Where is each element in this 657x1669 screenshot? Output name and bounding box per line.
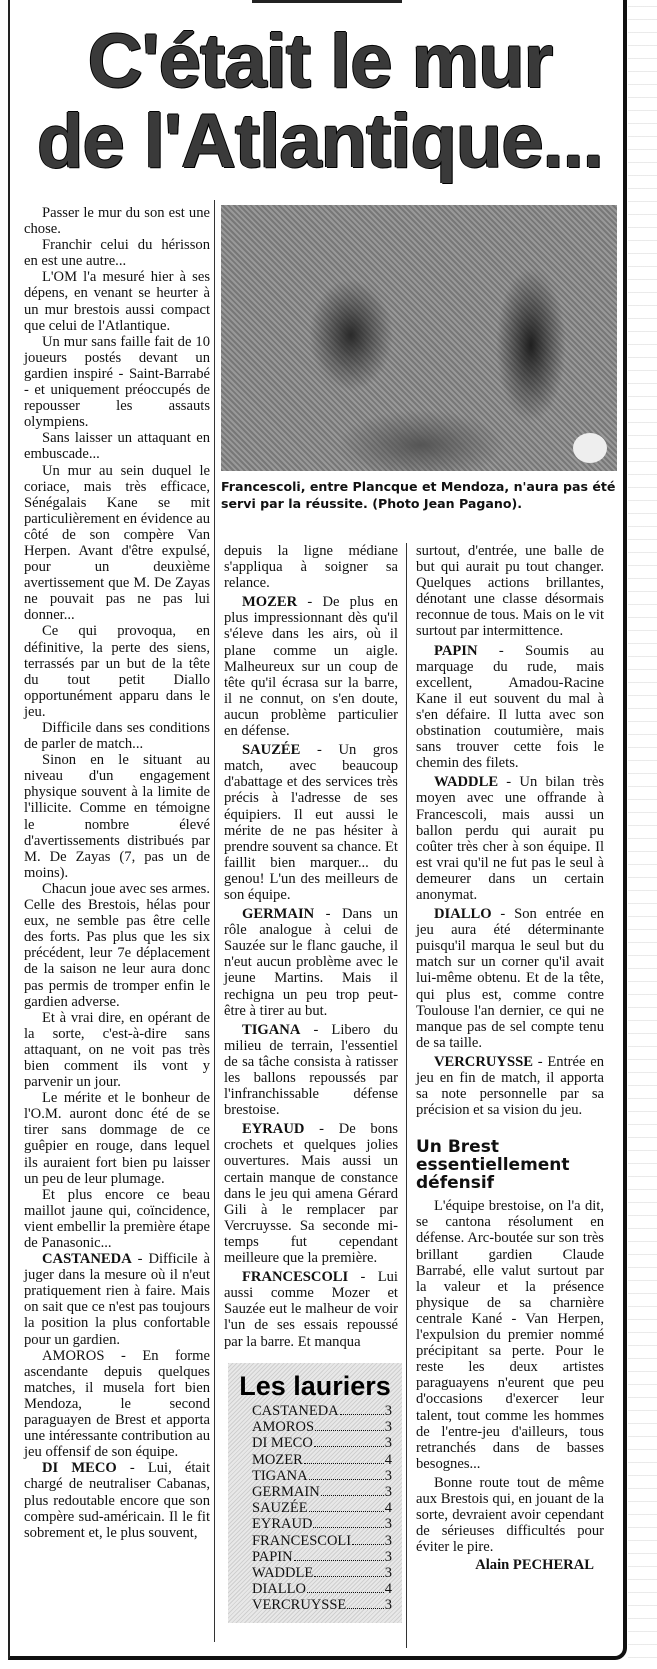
player-comment: - Un gros match, avec beaucoup d'abattag… bbox=[224, 742, 398, 903]
player-comment: - De plus en plus impressionnant dès qu'… bbox=[224, 594, 398, 739]
paragraph: Sinon en le situant au niveau d'un engag… bbox=[24, 752, 210, 881]
leader-dots bbox=[347, 1608, 383, 1609]
player-rating-paragraph: VERCRUYSSE - Entrée en jeu en fin de mat… bbox=[416, 1054, 604, 1118]
paragraph: Et plus encore ce beau maillot jaune qui… bbox=[24, 1187, 210, 1251]
paragraph: Et à vrai dire, en opérant de la sorte, … bbox=[24, 1010, 210, 1090]
player-name: AMOROS bbox=[42, 1348, 104, 1364]
player-name: WADDLE bbox=[252, 1565, 313, 1581]
player-rating-paragraph: PAPIN - Soumis au marquage du rude, mais… bbox=[416, 643, 604, 772]
rating-row: MOZER4 bbox=[252, 1452, 392, 1468]
player-name: TIGANA bbox=[252, 1468, 308, 1484]
player-name: GERMAIN bbox=[242, 906, 314, 922]
leader-dots bbox=[315, 1430, 384, 1431]
player-name: TIGANA bbox=[242, 1022, 300, 1038]
laurels-ratings-box: Les lauriers CASTANEDA3 AMOROS3 DI MECO3… bbox=[228, 1363, 402, 1623]
leader-dots bbox=[309, 1479, 384, 1480]
laurels-title: Les lauriers bbox=[228, 1371, 402, 1401]
player-name: DI MECO bbox=[252, 1435, 313, 1451]
player-name: MOZER bbox=[252, 1452, 303, 1468]
paragraph-continuation: surtout, d'entrée, une balle de but qui … bbox=[416, 543, 604, 640]
player-rating-paragraph: GERMAIN - Dans un rôle analogue à celui … bbox=[224, 906, 398, 1019]
player-score: 4 bbox=[385, 1452, 392, 1468]
player-name: PAPIN bbox=[434, 643, 478, 659]
player-name: MOZER bbox=[242, 594, 297, 610]
rating-row: SAUZÉE4 bbox=[252, 1500, 392, 1516]
paragraph: Chacun joue avec ses armes. Celle des Br… bbox=[24, 881, 210, 1010]
column-3: surtout, d'entrée, une balle de but qui … bbox=[416, 543, 604, 1573]
player-name: VERCRUYSSE bbox=[434, 1054, 533, 1070]
player-score: 3 bbox=[385, 1435, 392, 1451]
adjacent-page-edge bbox=[628, 0, 657, 1669]
player-rating-paragraph: MOZER - De plus en plus impressionnant d… bbox=[224, 594, 398, 739]
football-icon bbox=[573, 433, 607, 463]
paragraph: Bonne route tout de même aux Brestois qu… bbox=[416, 1475, 604, 1555]
leader-dots bbox=[314, 1446, 384, 1447]
column-divider bbox=[214, 200, 215, 1642]
headline-line-2: de l'Atlantique... bbox=[20, 102, 620, 182]
paragraph: Difficile dans ses conditions de parler … bbox=[24, 720, 210, 752]
column-1: Passer le mur du son est une chose. Fran… bbox=[24, 205, 210, 1640]
player-rating-paragraph: CASTANEDA - Difficile à juger dans la me… bbox=[24, 1251, 210, 1348]
player-rating-paragraph: DI MECO - Lui, était chargé de neutralis… bbox=[24, 1460, 210, 1540]
player-name: DIALLO bbox=[252, 1581, 306, 1597]
leader-dots bbox=[313, 1527, 383, 1528]
player-score: 3 bbox=[385, 1484, 392, 1500]
paragraph: Ce qui provoqua, en définitive, la perte… bbox=[24, 623, 210, 720]
player-name: SAUZÉE bbox=[252, 1500, 308, 1516]
paragraph: Le mérite et le bonheur de l'O.M. auront… bbox=[24, 1090, 210, 1187]
rating-row: GERMAIN3 bbox=[252, 1484, 392, 1500]
leader-dots bbox=[352, 1544, 384, 1545]
player-name: DI MECO bbox=[42, 1460, 117, 1476]
rating-row: VERCRUYSSE3 bbox=[252, 1597, 392, 1613]
player-name: EYRAUD bbox=[242, 1121, 304, 1137]
leader-dots bbox=[314, 1576, 384, 1577]
section-subheading: Un Brest essentiellement défensif bbox=[416, 1138, 604, 1192]
player-rating-paragraph: SAUZÉE - Un gros match, avec beaucoup d'… bbox=[224, 742, 398, 903]
author-byline: Alain PECHERAL bbox=[416, 1557, 604, 1573]
headline: C'était le mur de l'Atlantique... bbox=[20, 22, 620, 182]
player-score: 3 bbox=[385, 1419, 392, 1435]
player-name: PAPIN bbox=[252, 1549, 293, 1565]
player-name: CASTANEDA bbox=[42, 1251, 132, 1267]
photo-caption: Francescoli, entre Plancque et Mendoza, … bbox=[221, 478, 621, 512]
player-rating-paragraph: DIALLO - Son entrée en jeu aura été déte… bbox=[416, 906, 604, 1051]
player-score: 3 bbox=[385, 1516, 392, 1532]
player-rating-paragraph: TIGANA - Libero du milieu de terrain, l'… bbox=[224, 1022, 398, 1119]
rating-row: DIALLO4 bbox=[252, 1581, 392, 1597]
headline-line-1: C'était le mur bbox=[20, 22, 620, 102]
player-name: CASTANEDA bbox=[252, 1403, 339, 1419]
rating-row: DI MECO3 bbox=[252, 1435, 392, 1451]
player-rating-paragraph: FRANCESCOLI - Lui aussi comme Mozer et S… bbox=[224, 1269, 398, 1349]
paragraph: Passer le mur du son est une chose. bbox=[24, 205, 210, 237]
player-score: 3 bbox=[385, 1533, 392, 1549]
player-score: 4 bbox=[385, 1581, 392, 1597]
player-name: DIALLO bbox=[434, 906, 492, 922]
column-divider bbox=[406, 543, 407, 1648]
player-score: 3 bbox=[385, 1468, 392, 1484]
leader-dots bbox=[340, 1414, 384, 1415]
rating-row: TIGANA3 bbox=[252, 1468, 392, 1484]
leader-dots bbox=[309, 1511, 384, 1512]
player-name: EYRAUD bbox=[252, 1516, 312, 1532]
paragraph: Franchir celui du hérisson en est une au… bbox=[24, 237, 210, 269]
player-score: 3 bbox=[385, 1597, 392, 1613]
player-comment: - Un bilan très moyen avec une offrande … bbox=[416, 774, 604, 903]
player-comment: - Soumis au marquage du rude, mais excel… bbox=[416, 643, 604, 772]
player-score: 3 bbox=[385, 1403, 392, 1419]
column-2: depuis la ligne médiane s'appliqua à soi… bbox=[224, 543, 398, 1350]
leader-dots bbox=[321, 1495, 384, 1496]
rating-row: WADDLE3 bbox=[252, 1565, 392, 1581]
player-name: FRANCESCOLI bbox=[252, 1533, 351, 1549]
leader-dots bbox=[307, 1592, 384, 1593]
rating-row: CASTANEDA3 bbox=[252, 1403, 392, 1419]
player-rating-paragraph: EYRAUD - De bons crochets et quelques jo… bbox=[224, 1121, 398, 1266]
player-name: SAUZÉE bbox=[242, 742, 300, 758]
paragraph: Un mur au sein duquel le coriace, mais t… bbox=[24, 463, 210, 624]
player-name: GERMAIN bbox=[252, 1484, 320, 1500]
paragraph: L'équipe brestoise, on l'a dit, se canto… bbox=[416, 1198, 604, 1472]
player-rating-paragraph: WADDLE - Un bilan très moyen avec une of… bbox=[416, 774, 604, 903]
paragraph: Sans laisser un attaquant en embuscade..… bbox=[24, 430, 210, 462]
top-rule bbox=[252, 0, 402, 3]
rating-row: FRANCESCOLI3 bbox=[252, 1533, 392, 1549]
paragraph: L'OM l'a mesuré hier à ses dépens, en ve… bbox=[24, 269, 210, 333]
player-score: 3 bbox=[385, 1565, 392, 1581]
player-rating-paragraph: AMOROS - En forme ascendante depuis quel… bbox=[24, 1348, 210, 1461]
player-name: FRANCESCOLI bbox=[242, 1269, 348, 1285]
player-name: AMOROS bbox=[252, 1419, 314, 1435]
player-name: VERCRUYSSE bbox=[252, 1597, 346, 1613]
paragraph: Un mur sans faille fait de 10 joueurs po… bbox=[24, 334, 210, 431]
player-comment: - De bons crochets et quelques jolies ou… bbox=[224, 1121, 398, 1266]
rating-row: PAPIN3 bbox=[252, 1549, 392, 1565]
player-comment: - En forme ascendante depuis quelques ma… bbox=[24, 1348, 210, 1461]
player-score: 3 bbox=[385, 1549, 392, 1565]
rating-row: EYRAUD3 bbox=[252, 1516, 392, 1532]
paragraph-continuation: depuis la ligne médiane s'appliqua à soi… bbox=[224, 543, 398, 591]
match-photo bbox=[221, 205, 617, 471]
rating-row: AMOROS3 bbox=[252, 1419, 392, 1435]
player-comment: - Dans un rôle analogue à celui de Sauzé… bbox=[224, 906, 398, 1019]
leader-dots bbox=[304, 1463, 384, 1464]
player-comment: - Son entrée en jeu aura été déterminant… bbox=[416, 906, 604, 1051]
player-score: 4 bbox=[385, 1500, 392, 1516]
player-name: WADDLE bbox=[434, 774, 498, 790]
leader-dots bbox=[294, 1560, 384, 1561]
